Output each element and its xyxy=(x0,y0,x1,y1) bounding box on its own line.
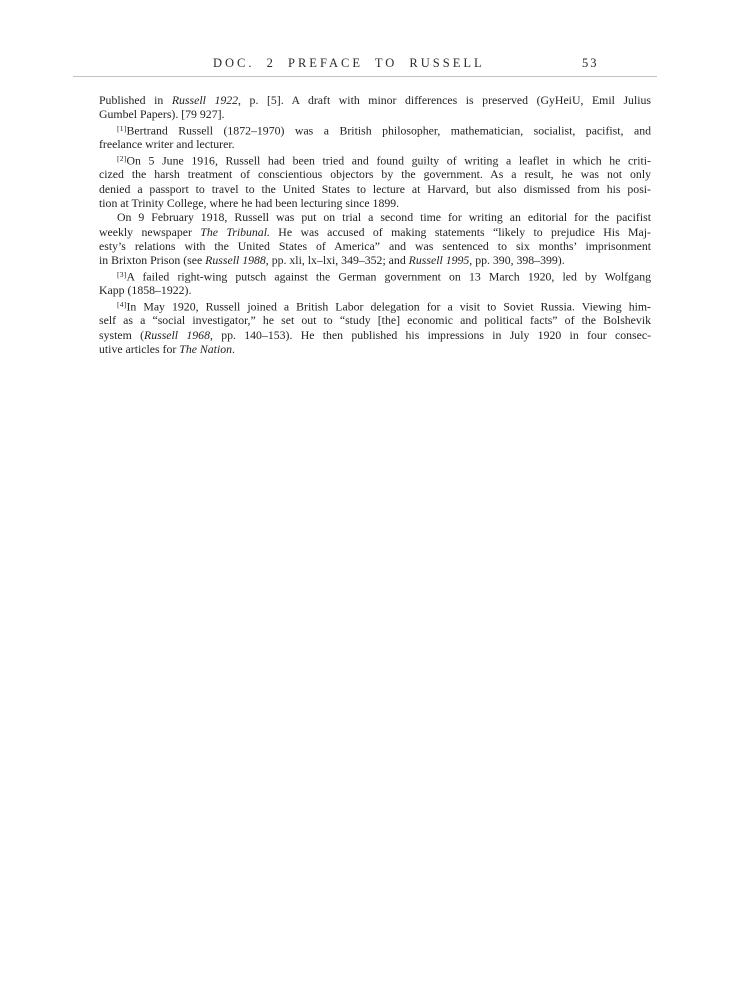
text-line: cized the harsh treatment of conscientio… xyxy=(99,167,651,181)
text-line: Gumbel Papers). [79 927]. xyxy=(99,107,651,121)
book-page: DOC. 2 PREFACE TO RUSSELL 53 Published i… xyxy=(0,0,750,999)
italic-text-run: The Tribunal. xyxy=(200,225,270,239)
running-head-title: DOC. 2 PREFACE TO RUSSELL xyxy=(213,57,485,70)
text-run: weekly newspaper xyxy=(99,225,200,239)
text-run: utive articles for xyxy=(99,342,179,356)
text-line: freelance writer and lecturer. xyxy=(99,137,651,151)
italic-text-run: The Nation xyxy=(179,342,232,356)
page-number: 53 xyxy=(582,57,599,70)
text-run: , pp. 140–153). He then published his im… xyxy=(210,328,651,342)
text-run: A failed right-wing putsch against the G… xyxy=(126,269,651,283)
text-line: system (Russell 1968, pp. 140–153). He t… xyxy=(99,328,651,342)
text-line: [4]In May 1920, Russell joined a British… xyxy=(99,298,651,314)
text-run: Published in xyxy=(99,93,172,107)
text-line: weekly newspaper The Tribunal. He was ac… xyxy=(99,225,651,239)
text-run: . xyxy=(232,342,235,356)
text-line: self as a “social investigator,” he set … xyxy=(99,313,651,327)
text-run: system ( xyxy=(99,328,144,342)
text-line: Kapp (1858–1922). xyxy=(99,283,651,297)
text-line: [1]Bertrand Russell (1872–1970) was a Br… xyxy=(99,122,651,138)
text-line: [3]A failed right-wing putsch against th… xyxy=(99,268,651,284)
text-run: denied a passport to travel to the Unite… xyxy=(99,182,651,196)
text-run: self as a “social investigator,” he set … xyxy=(99,313,651,327)
italic-text-run: Russell 1968 xyxy=(144,328,210,342)
footnote-text-block: Published in Russell 1922, p. [5]. A dra… xyxy=(99,93,651,356)
text-run: , pp. xli, lx–lxi, 349–352; and xyxy=(266,253,409,267)
text-line: esty’s relations with the United States … xyxy=(99,239,651,253)
text-run: On 9 February 1918, Russell was put on t… xyxy=(117,210,651,224)
text-run: , pp. 390, 398–399). xyxy=(469,253,564,267)
text-run: esty’s relations with the United States … xyxy=(99,239,651,253)
text-run: , p. [5]. A draft with minor differences… xyxy=(238,93,651,107)
text-run: tion at Trinity College, where he had be… xyxy=(99,196,399,210)
text-run: Bertrand Russell (1872–1970) was a Briti… xyxy=(126,123,651,137)
text-run: freelance writer and lecturer. xyxy=(99,137,235,151)
text-line: [2]On 5 June 1916, Russell had been trie… xyxy=(99,152,651,168)
text-line: in Brixton Prison (see Russell 1988, pp.… xyxy=(99,253,651,267)
italic-text-run: Russell 1988 xyxy=(205,253,266,267)
header-rule xyxy=(73,76,657,77)
italic-text-run: Russell 1995 xyxy=(409,253,470,267)
text-run: in Brixton Prison (see xyxy=(99,253,205,267)
italic-text-run: Russell 1922 xyxy=(172,93,238,107)
text-line: denied a passport to travel to the Unite… xyxy=(99,182,651,196)
text-run: In May 1920, Russell joined a British La… xyxy=(126,299,651,313)
text-run: cized the harsh treatment of conscientio… xyxy=(99,167,651,181)
text-line: Published in Russell 1922, p. [5]. A dra… xyxy=(99,93,651,107)
text-line: On 9 February 1918, Russell was put on t… xyxy=(99,210,651,224)
text-line: utive articles for The Nation. xyxy=(99,342,651,356)
text-run: Kapp (1858–1922). xyxy=(99,283,191,297)
text-run: Gumbel Papers). [79 927]. xyxy=(99,107,224,121)
text-line: tion at Trinity College, where he had be… xyxy=(99,196,651,210)
text-run: On 5 June 1916, Russell had been tried a… xyxy=(126,153,651,167)
text-run: He was accused of making statements “lik… xyxy=(270,225,651,239)
